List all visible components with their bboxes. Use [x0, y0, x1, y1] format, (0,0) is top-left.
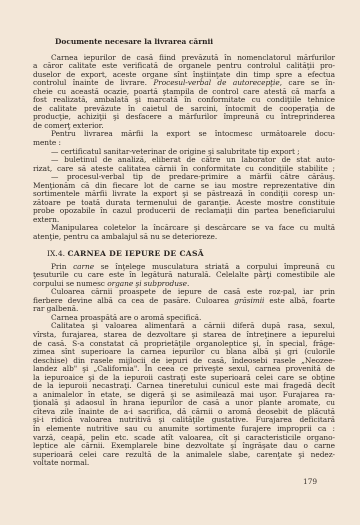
paragraph: Calitatea şi valoarea alimentară a cărni… [33, 322, 335, 467]
document-list: — certificatul sanitar-veterinar de orig… [33, 148, 335, 182]
paragraph: Menţionăm că din fiecare lot de carne se… [33, 182, 335, 225]
paragraph: Carnea iepurilor de casă fiind prevăzută… [33, 54, 335, 131]
text-line: fierbere devine albă ca cea de pasăre. C… [33, 297, 335, 306]
paragraph: Manipularea coletelor la încărcare şi de… [33, 224, 335, 241]
text-line: voltate normal. [33, 459, 335, 468]
paragraph: Culoarea cărnii proaspete de iepure de c… [33, 288, 335, 314]
emphasis: Procesul-verbal de autorecepţie [153, 78, 279, 87]
section-heading: IX.4. CARNEA DE IEPURE DE CASĂ [33, 249, 335, 258]
text-line: atenţie, pentru ca ambalajul să nu se de… [33, 233, 335, 242]
section-title: CARNEA DE IEPURE DE CASĂ [68, 249, 204, 258]
text-line: Pentru livrarea mărfii la export se înto… [33, 130, 335, 139]
paragraph: Prin carne se înţelege musculatura stria… [33, 263, 335, 289]
page-number: 179 [303, 477, 317, 486]
section-number: IX.4. [47, 249, 65, 258]
emphasis: grăsimii [234, 296, 264, 305]
page-body: Documente necesare la livrarea cărnii Ca… [33, 38, 335, 468]
text-line: probe opozabile în cazul producerii de r… [33, 207, 335, 216]
paragraph: Pentru livrarea mărfii la export se înto… [33, 130, 335, 147]
subheading-documents: Documente necesare la livrarea cărnii [55, 38, 335, 47]
